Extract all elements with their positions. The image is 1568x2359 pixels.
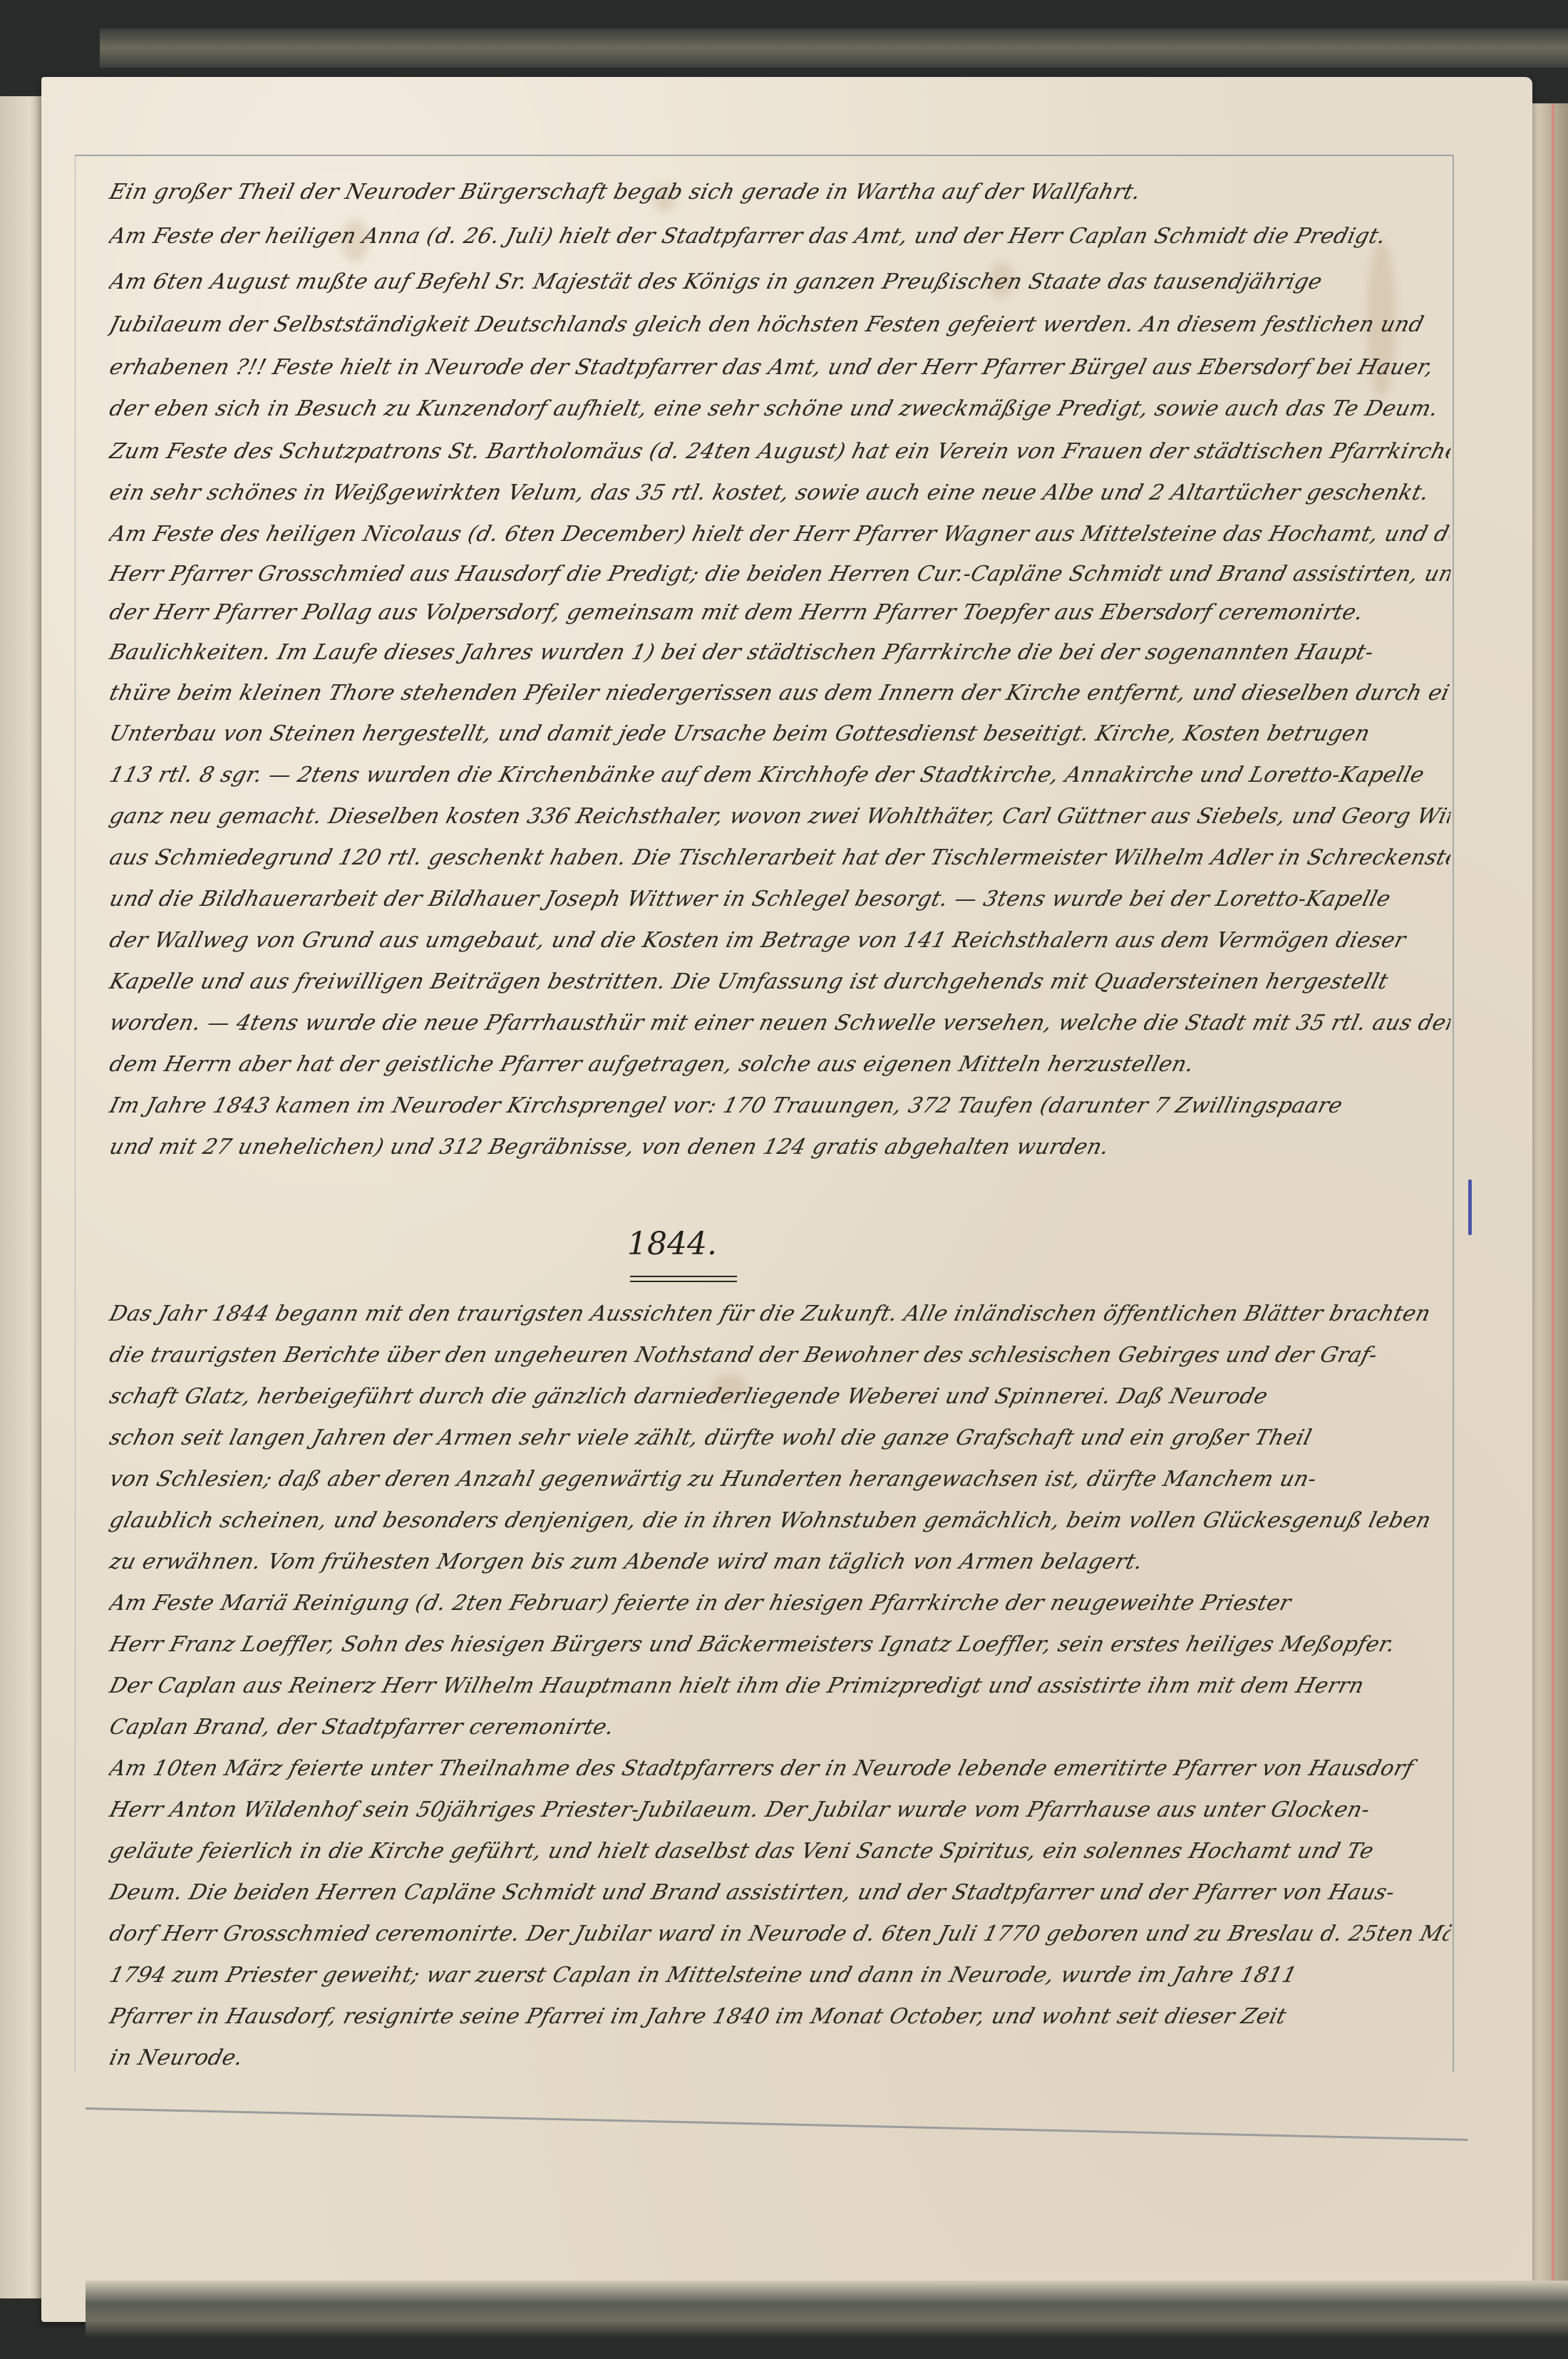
text-line: Pfarrer in Hausdorf, resignirte seine Pf… [107, 2004, 1453, 2029]
year-heading: 1844. [627, 1226, 717, 1262]
text-line: erhabenen ?!! Feste hielt in Neurode der… [107, 355, 1453, 380]
text-line: Herr Anton Wildenhof sein 50jähriges Pri… [107, 1797, 1453, 1822]
text-line: ein sehr schönes in Weißgewirkten Velum,… [107, 480, 1453, 505]
text-line: Der Caplan aus Reinerz Herr Wilhelm Haup… [107, 1673, 1453, 1698]
text-line-baulichkeiten: Baulichkeiten. Im Laufe dieses Jahres wu… [107, 640, 1453, 665]
text-line: Das Jahr 1844 begann mit den traurigsten… [107, 1301, 1453, 1326]
text-line: der eben sich in Besuch zu Kunzendorf au… [107, 396, 1453, 421]
text-line: Deum. Die beiden Herren Capläne Schmidt … [107, 1880, 1453, 1905]
previous-page-edge [0, 96, 43, 2298]
text-line: der Herr Pfarrer Pollag aus Volpersdorf,… [107, 600, 1453, 625]
text-line: Am Feste der heiligen Anna (d. 26. Juli)… [107, 224, 1453, 249]
text-line: die traurigsten Berichte über den ungehe… [107, 1343, 1453, 1368]
book-cover-bottom-edge [86, 2281, 1568, 2338]
text-line: worden. — 4tens wurde die neue Pfarrhaus… [107, 1011, 1453, 1036]
text-line: glaublich scheinen, und besonders denjen… [107, 1508, 1453, 1533]
text-line: Caplan Brand, der Stadtpfarrer ceremonir… [107, 1715, 1453, 1740]
text-line: 113 rtl. 8 sgr. — 2tens wurden die Kirch… [107, 763, 1453, 788]
text-line: von Schlesien; daß aber deren Anzahl geg… [107, 1467, 1453, 1492]
text-line: der Wallweg von Grund aus umgebaut, und … [107, 928, 1453, 953]
text-line: und die Bildhauerarbeit der Bildhauer Jo… [107, 887, 1453, 912]
text-line: dorf Herr Grosschmied ceremonirte. Der J… [107, 1921, 1453, 1946]
text-line: Kapelle und aus freiwilligen Beiträgen b… [107, 969, 1453, 994]
text-line-statistics: und mit 27 unehelichen) und 312 Begräbni… [107, 1135, 1453, 1160]
text-line: Jubilaeum der Selbstständigkeit Deutschl… [107, 312, 1453, 337]
text-line: Am Feste Mariä Reinigung (d. 2ten Februa… [107, 1591, 1453, 1616]
text-line: ganz neu gemacht. Dieselben kosten 336 R… [107, 804, 1453, 829]
text-line: dem Herrn aber hat der geistliche Pfarre… [107, 1052, 1453, 1077]
blue-pencil-margin-mark [1468, 1179, 1472, 1235]
text-line: 1794 zum Priester geweiht; war zuerst Ca… [107, 1963, 1453, 1988]
year-heading-double-underline [630, 1276, 737, 1282]
text-line: Herr Franz Loeffler, Sohn des hiesigen B… [107, 1632, 1453, 1657]
text-line: Zum Feste des Schutzpatrons St. Bartholo… [107, 439, 1453, 464]
text-line: zu erwähnen. Vom frühesten Morgen bis zu… [107, 1549, 1453, 1574]
text-line: in Neurode. [107, 2045, 1453, 2070]
text-line: geläute feierlich in die Kirche geführt,… [107, 1839, 1453, 1864]
text-line: Ein großer Theil der Neuroder Bürgerscha… [107, 180, 1453, 205]
text-line: Am Feste des heiligen Nicolaus (d. 6ten … [107, 522, 1453, 547]
text-line: schaft Glatz, herbeigeführt durch die gä… [107, 1384, 1453, 1409]
text-line: Am 6ten August mußte auf Befehl Sr. Maje… [107, 269, 1453, 294]
text-line: aus Schmiedegrund 120 rtl. geschenkt hab… [107, 845, 1453, 870]
text-line: schon seit langen Jahren der Armen sehr … [107, 1425, 1453, 1450]
text-line: Herr Pfarrer Grosschmied aus Hausdorf di… [107, 562, 1453, 587]
book-spine-top [100, 29, 1568, 68]
text-line: thüre beim kleinen Thore stehenden Pfeil… [107, 681, 1453, 706]
text-line: Am 10ten März feierte unter Theilnahme d… [107, 1756, 1453, 1781]
text-line-statistics: Im Jahre 1843 kamen im Neuroder Kirchspr… [107, 1093, 1453, 1118]
text-line: Unterbau von Steinen hergestellt, und da… [107, 721, 1453, 746]
